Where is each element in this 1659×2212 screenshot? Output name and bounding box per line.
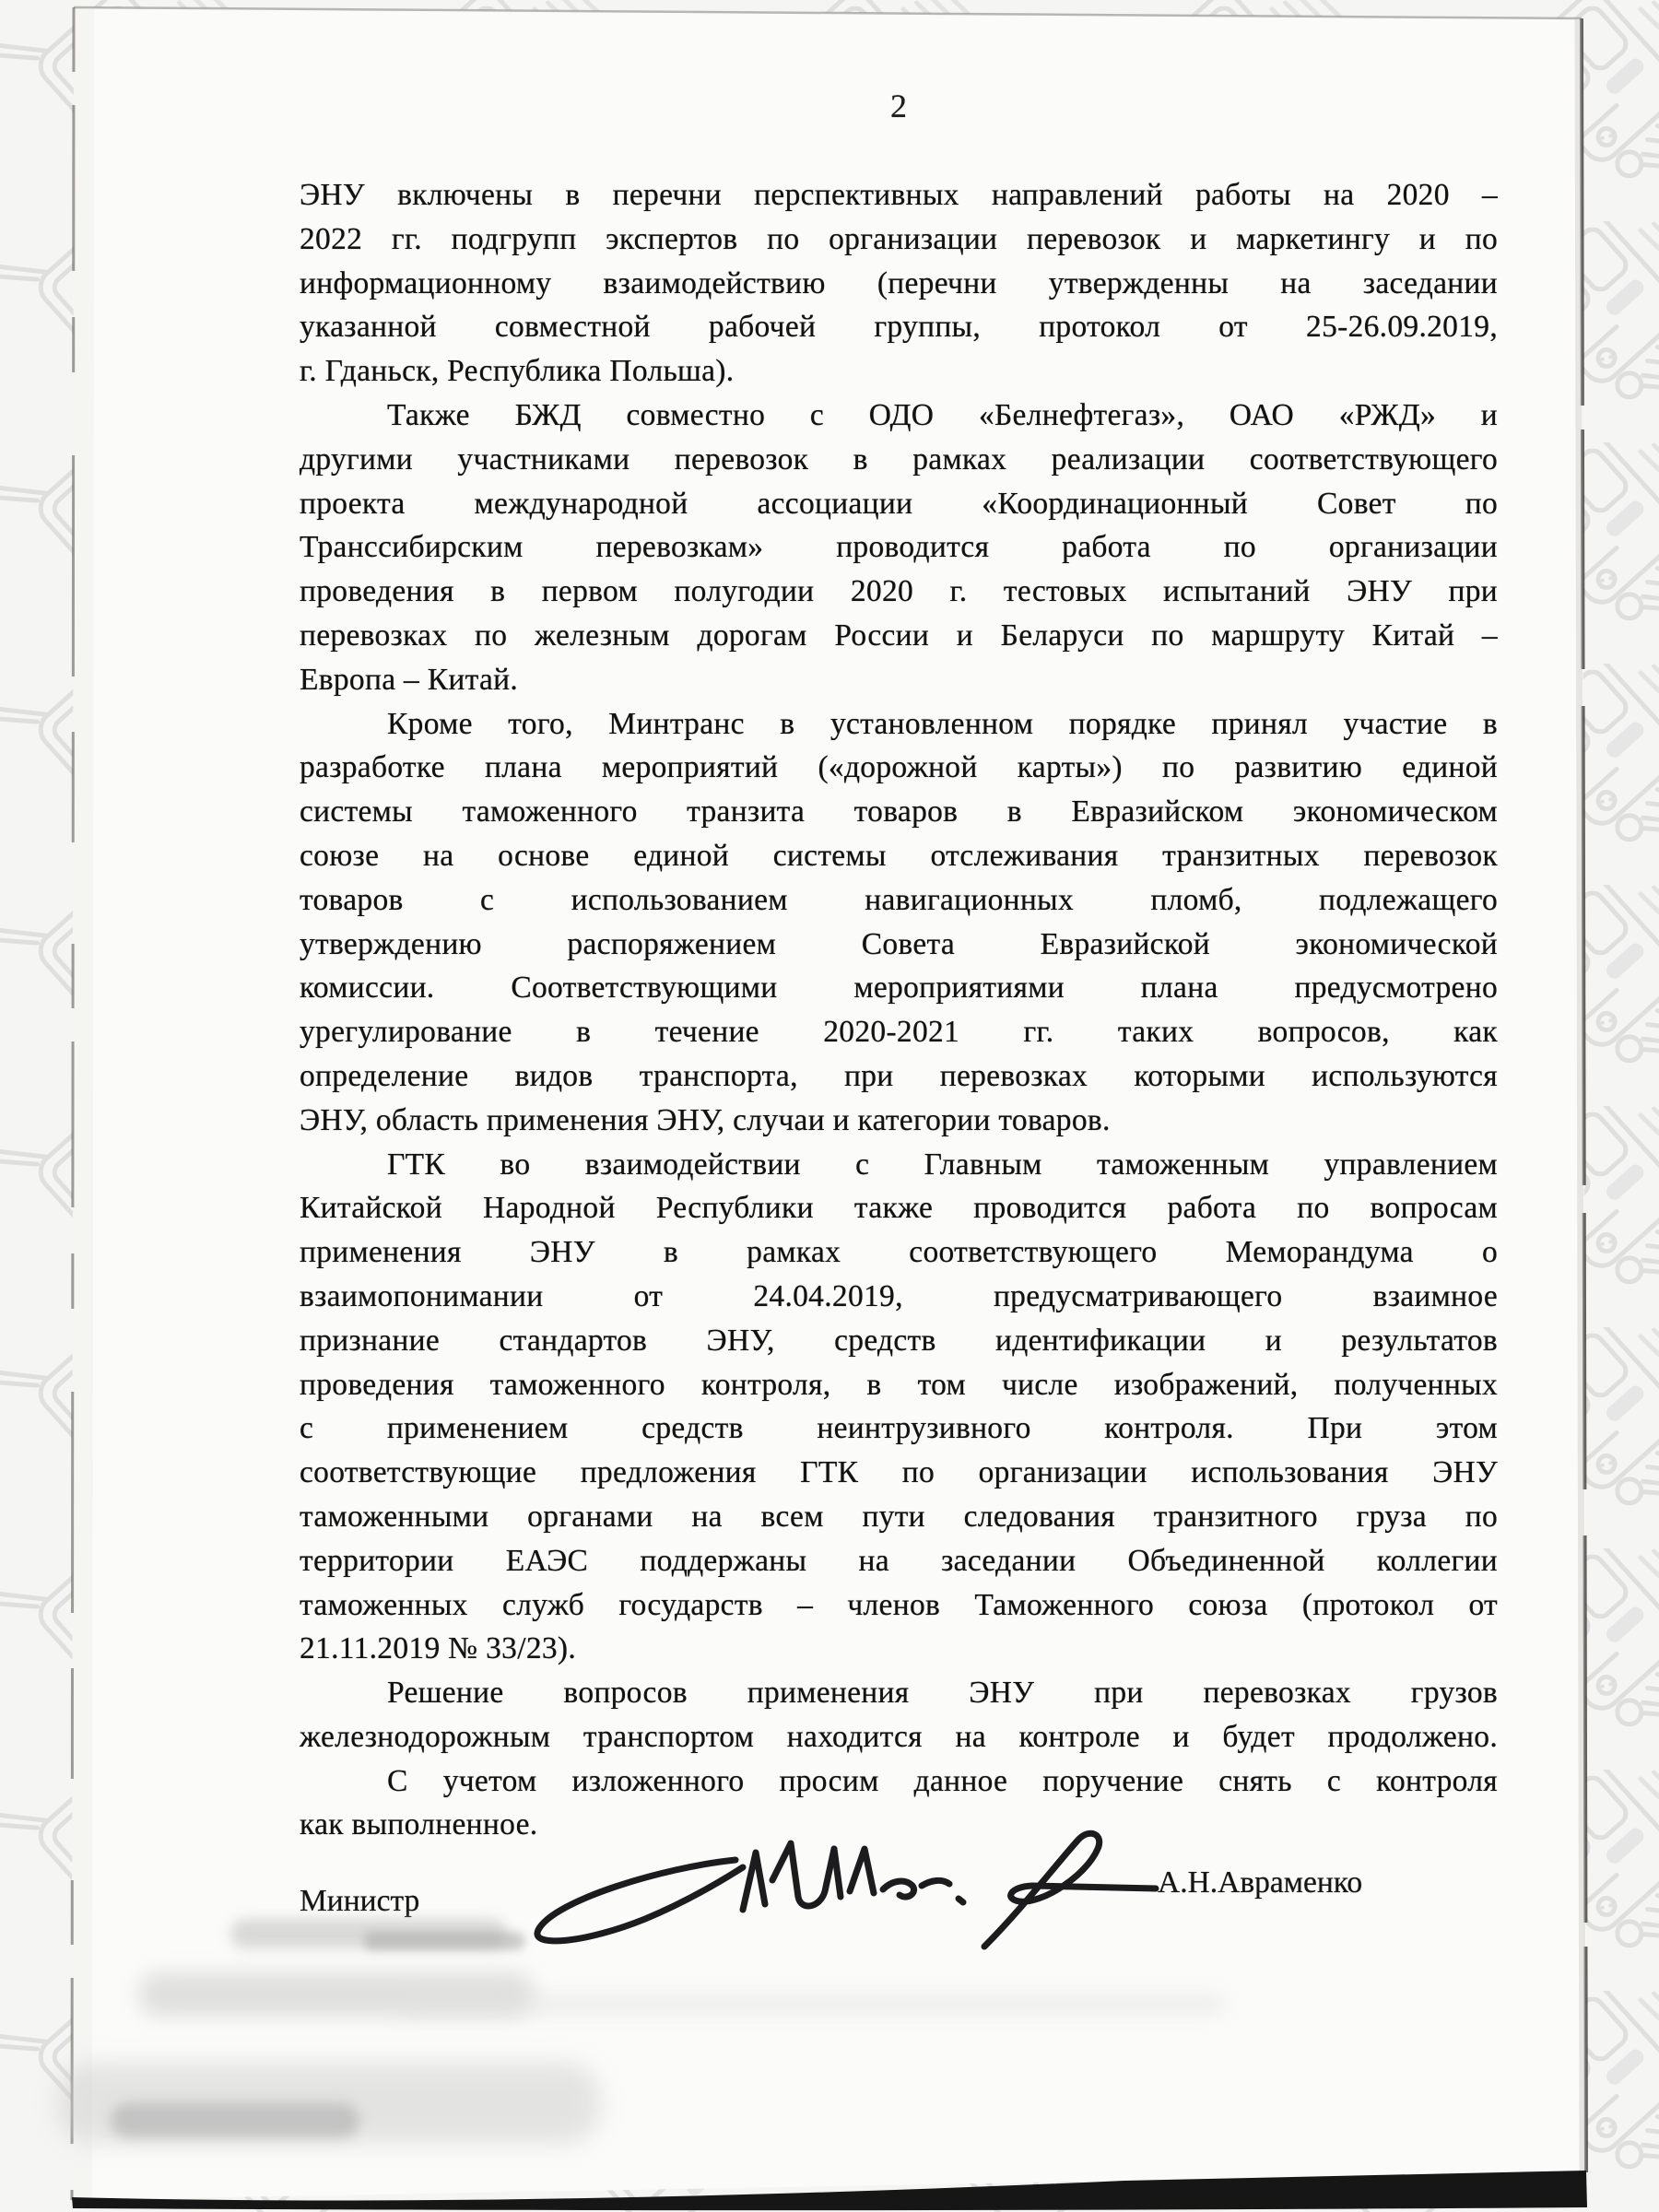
text-line: ЭНУ включены в перечни перспективных нап… — [300, 173, 1498, 218]
text-line: проекта международной ассоциации «Коорди… — [300, 482, 1498, 526]
text-line: Также БЖД совместно с ОДО «Белнефтегаз»,… — [300, 394, 1498, 438]
text-line: разработке плана мероприятий («дорожной … — [300, 746, 1498, 790]
text-line: системы таможенного транзита товаров в Е… — [300, 790, 1498, 834]
text-line: другими участниками перевозок в рамках р… — [300, 438, 1498, 482]
text-line: взаимопонимании от 24.04.2019, предусмат… — [300, 1275, 1498, 1319]
text-line: железнодорожным транспортом находится на… — [300, 1715, 1498, 1759]
text-line: перевозках по железным дорогам России и … — [300, 614, 1498, 658]
text-line: Транссибирским перевозкам» проводится ра… — [300, 525, 1498, 570]
text-line: г. Гданьск, Республика Польша). — [300, 349, 1498, 394]
text-line: Европа – Китай. — [300, 658, 1498, 702]
text-line: проведения таможенного контроля, в том ч… — [300, 1363, 1498, 1407]
text-line: как выполненное. — [300, 1803, 1498, 1847]
page-number: 2 — [300, 87, 1498, 125]
text-line: соответствующие предложения ГТК по орган… — [300, 1451, 1498, 1495]
text-line: 21.11.2019 № 33/23). — [300, 1627, 1498, 1671]
text-line: Китайской Народной Республики также пров… — [300, 1186, 1498, 1230]
text-line: урегулирование в течение 2020-2021 гг. т… — [300, 1010, 1498, 1054]
scanned-document-page: { "document": { "page_number": "2", "par… — [0, 0, 1659, 2212]
text-line: проведения в первом полугодии 2020 г. те… — [300, 570, 1498, 614]
minister-role-label: Министр — [300, 1884, 419, 1919]
text-line: информационному взаимодействию (перечни … — [300, 262, 1498, 306]
signatory-name: А.Н.Авраменко — [1158, 1865, 1362, 1900]
text-line: ЭНУ, область применения ЭНУ, случаи и ка… — [300, 1099, 1498, 1143]
text-line: товаров с использованием навигационных п… — [300, 878, 1498, 923]
text-line: ГТК во взаимодействии с Главным таможенн… — [300, 1143, 1498, 1187]
text-line: утверждению распоряжением Совета Евразий… — [300, 923, 1498, 967]
text-line: Кроме того, Минтранс в установленном пор… — [300, 702, 1498, 747]
text-line: Решение вопросов применения ЭНУ при пере… — [300, 1671, 1498, 1715]
text-line: указанной совместной рабочей группы, про… — [300, 305, 1498, 349]
left-inner-shade — [72, 7, 94, 2200]
text-block: ЭНУ включены в перечни перспективных нап… — [300, 173, 1498, 1847]
text-line: С учетом изложенного просим данное поруч… — [300, 1759, 1498, 1804]
right-edge-halo — [1578, 18, 1583, 2172]
text-line: с применением средств неинтрузивного кон… — [300, 1406, 1498, 1451]
text-line: признание стандартов ЭНУ, средств иденти… — [300, 1319, 1498, 1363]
text-line: таможенными органами на всем пути следов… — [300, 1495, 1498, 1539]
text-line: таможенных служб государств – членов Там… — [300, 1583, 1498, 1628]
text-line: союзе на основе единой системы отслежива… — [300, 834, 1498, 878]
text-line: определение видов транспорта, при перево… — [300, 1054, 1498, 1099]
text-line: применения ЭНУ в рамках соответствующего… — [300, 1230, 1498, 1275]
text-line: территории ЕАЭС поддержаны на заседании … — [300, 1539, 1498, 1583]
text-line: комиссии. Соответствующими мероприятиями… — [300, 966, 1498, 1010]
text-line: 2022 гг. подгрупп экспертов по организац… — [300, 218, 1498, 262]
